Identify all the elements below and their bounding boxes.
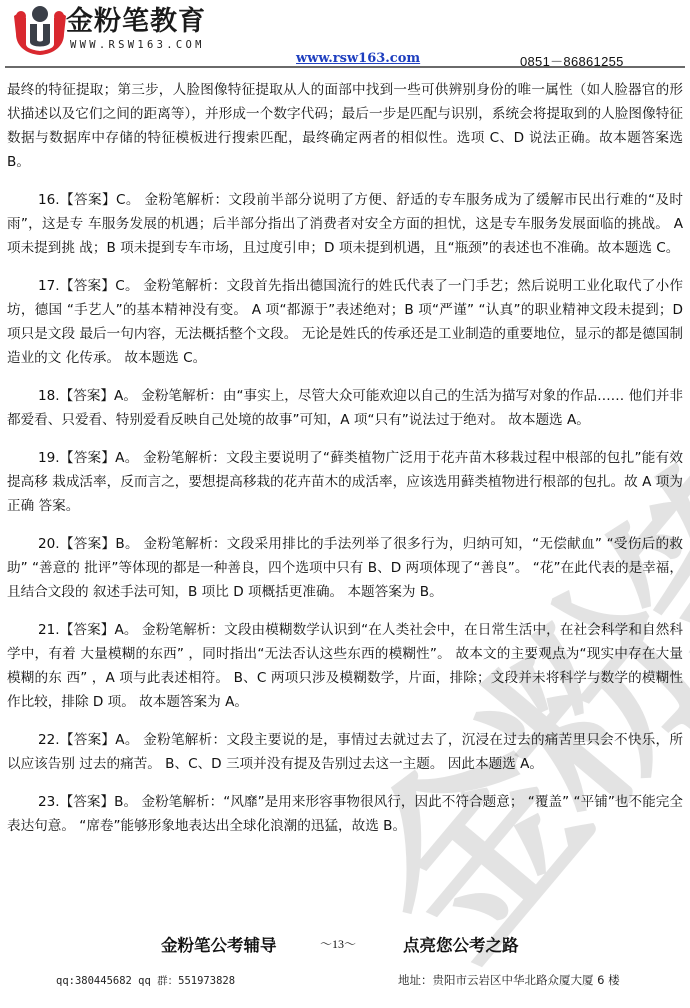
answer-item-17: 17.【答案】C。 金粉笔解析：文段首先指出德国流行的姓氏代表了一门手艺；然后说…: [7, 274, 683, 370]
paragraph-text: 最终的特征提取；第三步，人脸图像特征提取从人的面部中找到一些可供辨别身份的唯一属…: [7, 82, 683, 170]
website-link[interactable]: www.rsw163.com: [296, 51, 420, 66]
question-number: 22.: [38, 732, 60, 748]
answer-label: 【答案】A。: [60, 732, 139, 748]
brand-name: 金粉笔教育: [66, 6, 206, 38]
answer-label: 【答案】B。: [60, 536, 139, 552]
answer-item-20: 20.【答案】B。 金粉笔解析：文段采用排比的手法列举了很多行为，归纳可知，“无…: [7, 532, 683, 604]
analysis-label: 金粉笔解析：: [142, 622, 224, 638]
answer-label: 【答案】A。: [60, 622, 138, 638]
footer-slogan-left: 金粉笔公考辅导: [161, 932, 277, 956]
question-number: 16.: [38, 192, 60, 208]
page-header: 金粉笔教育 WWW.RSW163.COM www.rsw163.com 0851…: [0, 0, 690, 70]
question-number: 19.: [38, 450, 60, 466]
answer-item-18: 18.【答案】A。 金粉笔解析：由“事实上，尽管大众可能欢迎以自己的生活为描写对…: [7, 384, 683, 432]
answer-label: 【答案】A。: [60, 388, 137, 404]
answer-label: 【答案】B。: [60, 794, 138, 810]
answer-label: 【答案】A。: [60, 450, 139, 466]
answer-item-22: 22.【答案】A。 金粉笔解析：文段主要说的是，事情过去就过去了，沉浸在过去的痛…: [7, 728, 683, 776]
footer-address: 地址：贵阳市云岩区中华北路众厦大厦 6 楼: [398, 972, 620, 988]
page-number: ～13～: [320, 935, 356, 952]
answer-item-23: 23.【答案】B。 金粉笔解析：“风靡”是用来形容事物很风行，因此不符合题意； …: [7, 790, 683, 838]
answer-item-19: 19.【答案】A。 金粉笔解析：文段主要说明了“藓类植物广泛用于花卉苗木移栽过程…: [7, 446, 683, 518]
analysis-label: 金粉笔解析：: [144, 536, 227, 552]
question-number: 21.: [38, 622, 60, 638]
analysis-label: 金粉笔解析：: [145, 192, 229, 208]
question-number: 18.: [38, 388, 60, 404]
answer-label: 【答案】C。: [60, 192, 140, 208]
page-footer: 金粉笔公考辅导 ～13～ 点亮您公考之路: [0, 932, 690, 954]
analysis-label: 金粉笔解析：: [141, 388, 223, 404]
answer-content: 最终的特征提取；第三步，人脸图像特征提取从人的面部中找到一些可供辨别身份的唯一属…: [7, 78, 683, 852]
question-number: 23.: [38, 794, 60, 810]
question-number: 17.: [38, 278, 60, 294]
footer-contact: qq:380445682 qq 群：551973828: [56, 973, 235, 988]
analysis-label: 金粉笔解析：: [143, 278, 226, 294]
logo-icon: [10, 4, 70, 56]
answer-label: 【答案】C。: [60, 278, 139, 294]
brand-url: WWW.RSW163.COM: [70, 39, 205, 51]
analysis-label: 金粉笔解析：: [143, 732, 226, 748]
analysis-label: 金粉笔解析：: [142, 794, 224, 810]
footer-slogan-right: 点亮您公考之路: [403, 932, 519, 956]
answer-item-21: 21.【答案】A。 金粉笔解析：文段由模糊数学认识到“在人类社会中，在日常生活中…: [7, 618, 683, 714]
continuation-paragraph: 最终的特征提取；第三步，人脸图像特征提取从人的面部中找到一些可供辨别身份的唯一属…: [7, 78, 683, 174]
header-divider: [5, 66, 685, 68]
question-number: 20.: [38, 536, 60, 552]
answer-item-16: 16.【答案】C。 金粉笔解析：文段前半部分说明了方便、舒适的专车服务成为了缓解…: [7, 188, 683, 260]
analysis-label: 金粉笔解析：: [143, 450, 226, 466]
